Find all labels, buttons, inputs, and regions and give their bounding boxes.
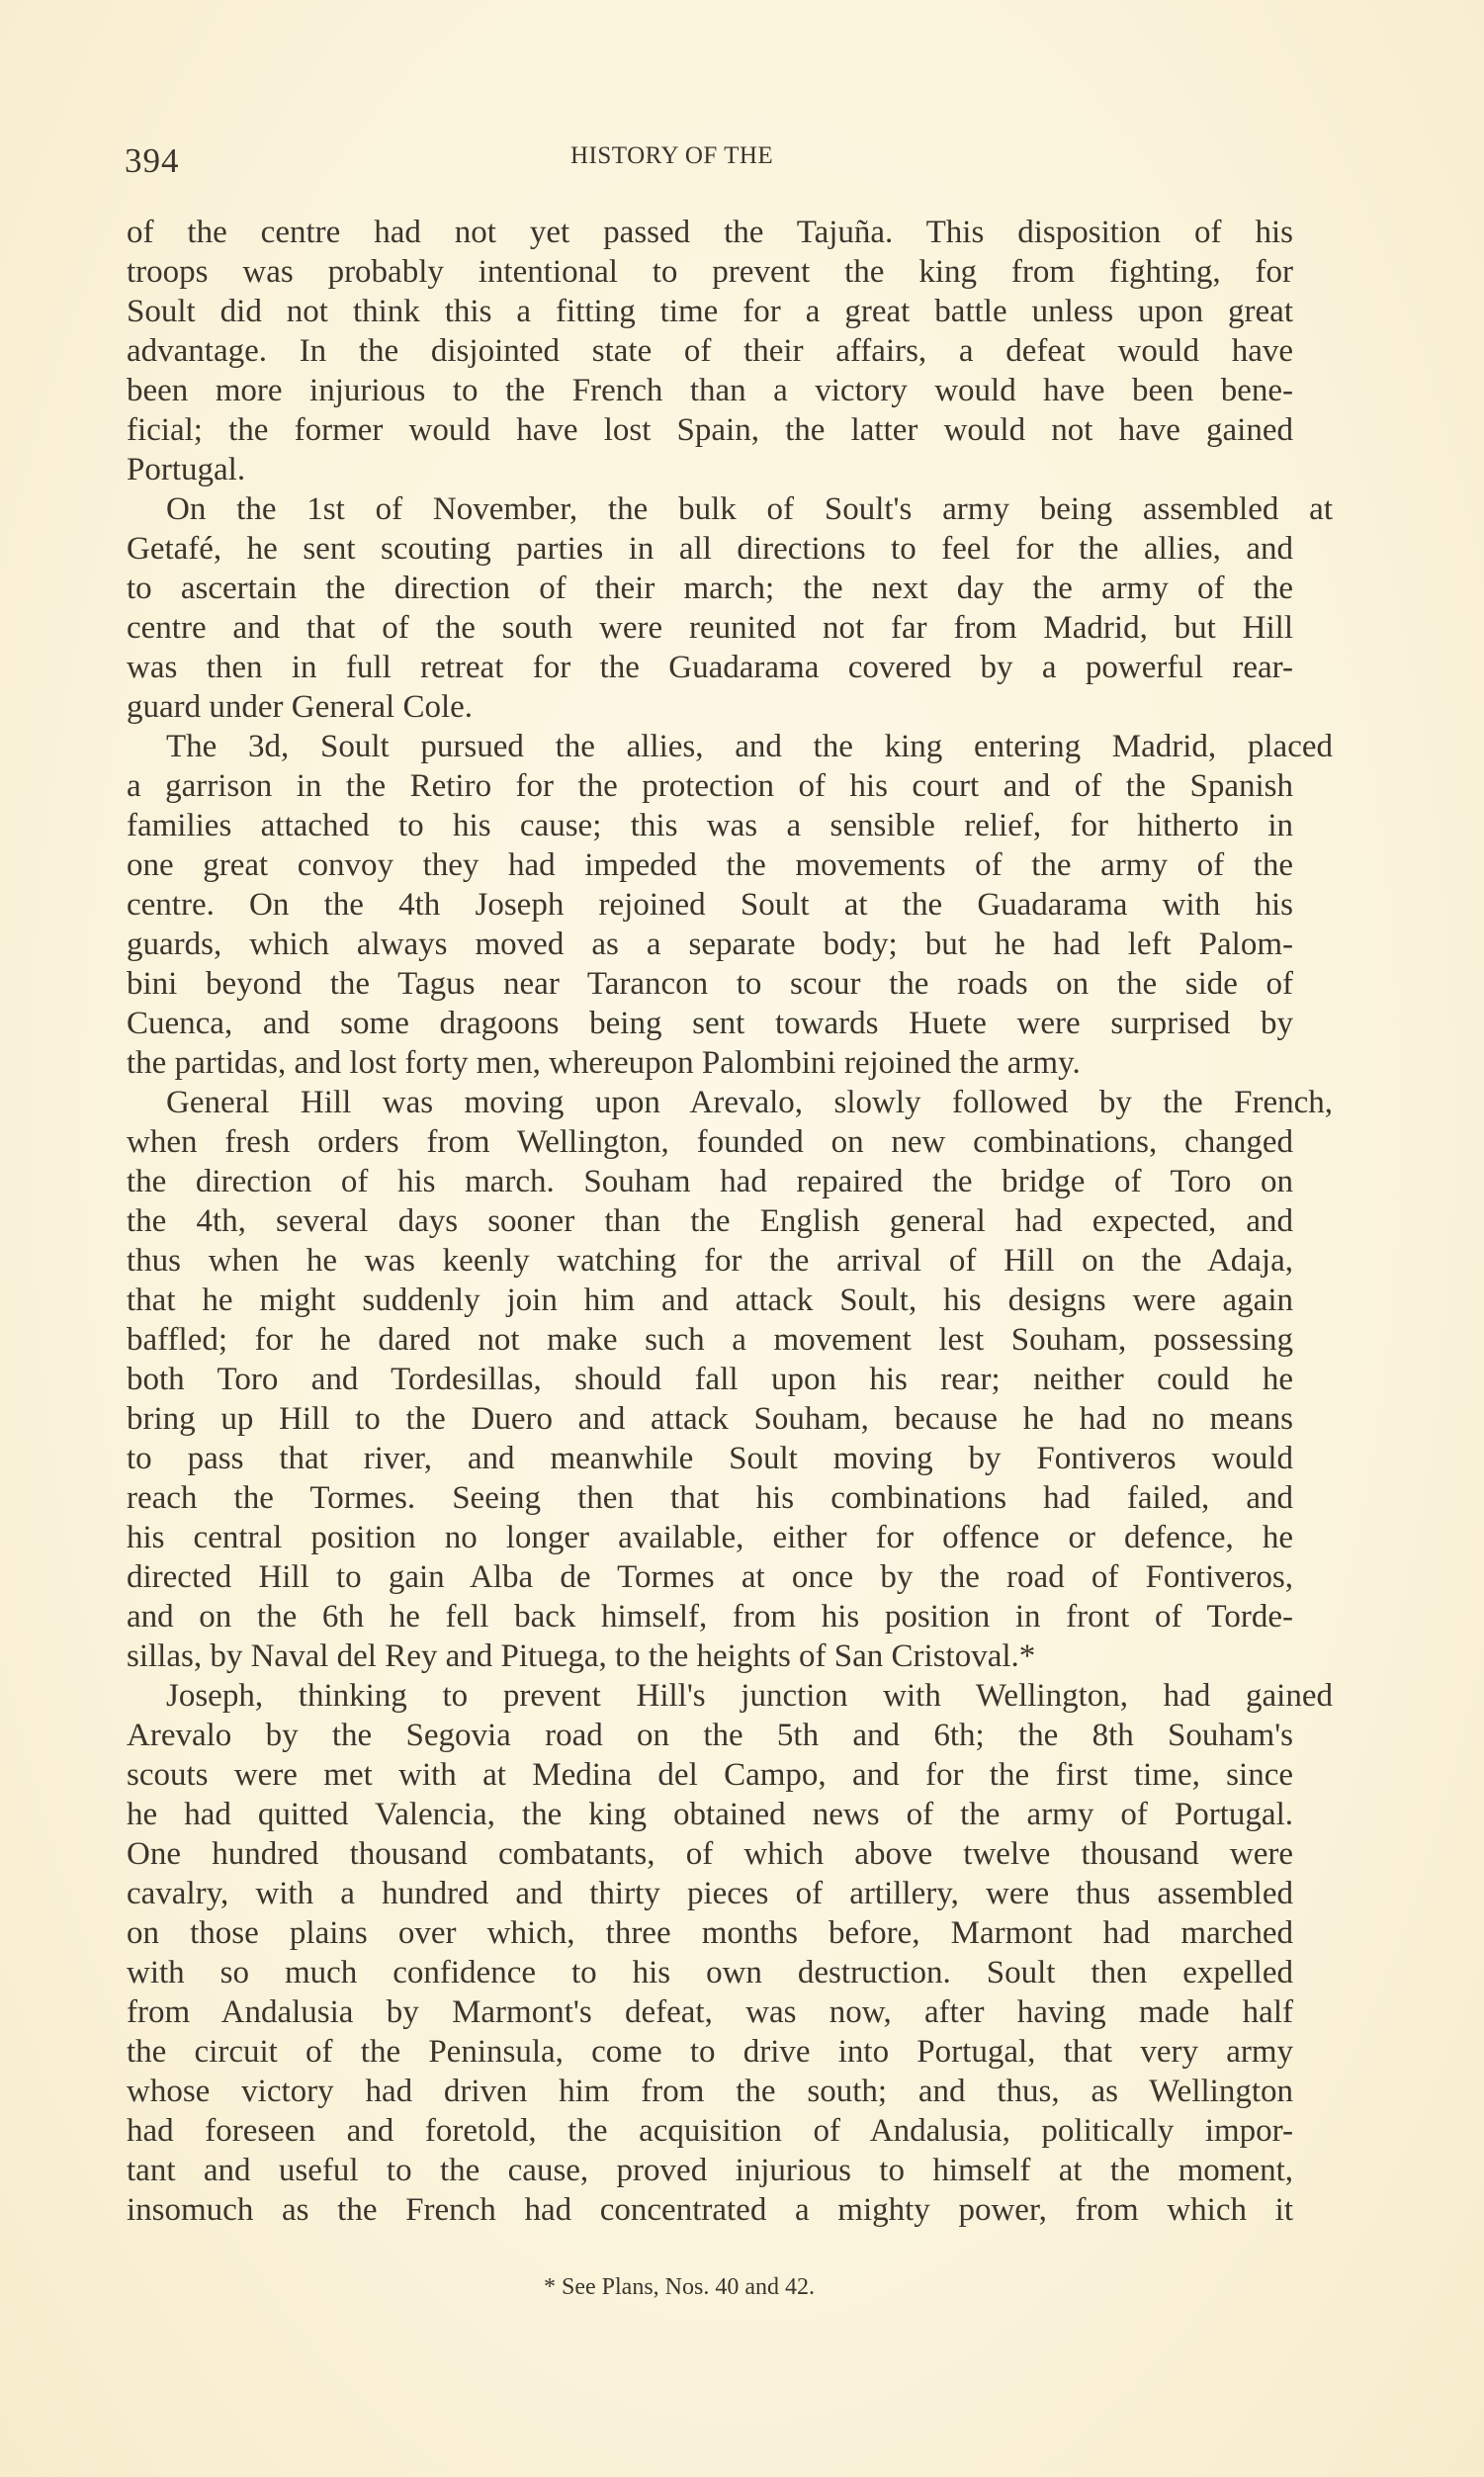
text-line: centre and that of the south were reunit… <box>127 608 1293 648</box>
text-line: to pass that river, and meanwhile Soult … <box>127 1439 1293 1478</box>
page-number: 394 <box>125 141 180 181</box>
text-line: that he might suddenly join him and atta… <box>127 1281 1293 1320</box>
text-line: on those plains over which, three months… <box>127 1913 1293 1953</box>
text-line: troops was probably intentional to preve… <box>127 252 1293 292</box>
text-line: to ascertain the direction of their marc… <box>127 569 1293 608</box>
text-line: of the centre had not yet passed the Taj… <box>127 213 1293 252</box>
text-line: the circuit of the Peninsula, come to dr… <box>127 2032 1293 2072</box>
text-line: the direction of his march. Souham had r… <box>127 1162 1293 1201</box>
text-line: guards, which always moved as a separate… <box>127 925 1293 964</box>
text-line: bini beyond the Tagus near Tarancon to s… <box>127 964 1293 1004</box>
text-line: the partidas, and lost forty men, whereu… <box>127 1043 1293 1083</box>
text-line: one great convoy they had impeded the mo… <box>127 845 1293 885</box>
body-text: of the centre had not yet passed the Taj… <box>127 213 1293 2230</box>
text-line: whose victory had driven him from the so… <box>127 2072 1293 2111</box>
text-line: guard under General Cole. <box>127 687 1293 727</box>
text-line: his central position no longer available… <box>127 1518 1293 1557</box>
text-line: directed Hill to gain Alba de Tormes at … <box>127 1557 1293 1597</box>
text-line: had foreseen and foretold, the acquisiti… <box>127 2111 1293 2151</box>
running-head-title: HISTORY OF THE <box>570 139 847 173</box>
text-line: families attached to his cause; this was… <box>127 806 1293 845</box>
paragraph-first-line: Joseph, thinking to prevent Hill's junct… <box>127 1676 1333 1716</box>
text-line: Getafé, he sent scouting parties in all … <box>127 529 1293 569</box>
text-line: baffled; for he dared not make such a mo… <box>127 1320 1293 1360</box>
paragraph-first-line: General Hill was moving upon Arevalo, sl… <box>127 1083 1333 1122</box>
text-line: reach the Tormes. Seeing then that his c… <box>127 1478 1293 1518</box>
text-line: when fresh orders from Wellington, found… <box>127 1122 1293 1162</box>
footnote: * See Plans, Nos. 40 and 42. <box>544 2272 815 2302</box>
text-line: Portugal. <box>127 450 1293 489</box>
text-line: from Andalusia by Marmont's defeat, was … <box>127 1992 1293 2032</box>
text-line: and on the 6th he fell back himself, fro… <box>127 1597 1293 1637</box>
text-line: sillas, by Naval del Rey and Pituega, to… <box>127 1637 1293 1676</box>
text-line: Arevalo by the Segovia road on the 5th a… <box>127 1716 1293 1755</box>
book-page: 394 HISTORY OF THE of the centre had not… <box>0 0 1484 2477</box>
text-line: a garrison in the Retiro for the protect… <box>127 766 1293 806</box>
text-line: advantage. In the disjointed state of th… <box>127 331 1293 371</box>
text-line: he had quitted Valencia, the king obtain… <box>127 1795 1293 1834</box>
text-line: ficial; the former would have lost Spain… <box>127 410 1293 450</box>
text-line: with so much confidence to his own destr… <box>127 1953 1293 1992</box>
text-line: been more injurious to the French than a… <box>127 371 1293 410</box>
text-line: cavalry, with a hundred and thirty piece… <box>127 1874 1293 1913</box>
paragraph-first-line: The 3d, Soult pursued the allies, and th… <box>127 727 1333 766</box>
text-line: insomuch as the French had concentrated … <box>127 2190 1293 2230</box>
text-line: centre. On the 4th Joseph rejoined Soult… <box>127 885 1293 925</box>
text-line: thus when he was keenly watching for the… <box>127 1241 1293 1281</box>
text-line: One hundred thousand combatants, of whic… <box>127 1834 1293 1874</box>
text-line: both Toro and Tordesillas, should fall u… <box>127 1360 1293 1399</box>
text-line: Cuenca, and some dragoons being sent tow… <box>127 1004 1293 1043</box>
text-line: the 4th, several days sooner than the En… <box>127 1201 1293 1241</box>
text-line: Soult did not think this a fitting time … <box>127 292 1293 331</box>
text-line: was then in full retreat for the Guadara… <box>127 648 1293 687</box>
text-line: scouts were met with at Medina del Campo… <box>127 1755 1293 1795</box>
text-line: bring up Hill to the Duero and attack So… <box>127 1399 1293 1439</box>
paragraph-first-line: On the 1st of November, the bulk of Soul… <box>127 489 1333 529</box>
text-line: tant and useful to the cause, proved inj… <box>127 2151 1293 2190</box>
